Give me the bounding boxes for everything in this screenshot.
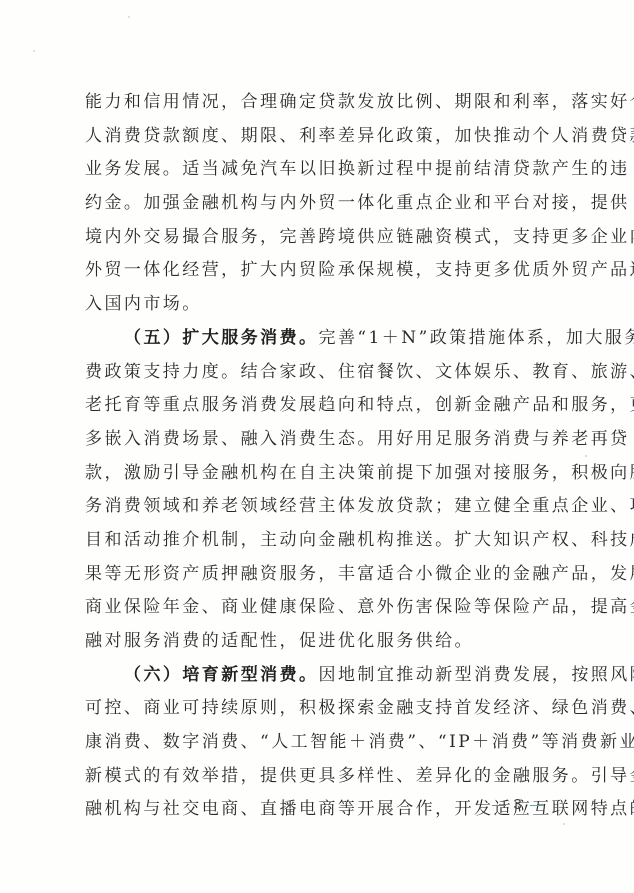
text-line: 款，激励引导金融机构在自主决策前提下加强对接服务，积极向服 <box>85 457 555 491</box>
text-line: 新模式的有效举措，提供更具多样性、差异化的金融服务。引导金 <box>85 760 555 794</box>
text-line: 融对服务消费的适配性，促进优化服务供给。 <box>85 625 555 659</box>
body-text: 能力和信用情况，合理确定贷款发放比例、期限和利率，落实好个 人消费贷款额度、期限… <box>85 86 555 827</box>
text-line: 人消费贷款额度、期限、利率差异化政策，加快推动个人消费贷款 <box>85 120 555 154</box>
dash-right <box>530 805 544 806</box>
section-first-line: （六）培育新型消费。因地制宜推动新型消费发展，按照风险 <box>85 659 555 693</box>
text-line: 务消费领域和养老领域经营主体发放贷款；建立健全重点企业、项 <box>85 490 555 524</box>
text-run: 因地制宜推动新型消费发展，按照风险 <box>319 665 634 685</box>
text-line: 老托育等重点服务消费发展趋向和特点，创新金融产品和服务，更 <box>85 389 555 423</box>
document-page: 能力和信用情况，合理确定贷款发放比例、期限和利率，落实好个 人消费贷款额度、期限… <box>0 0 634 893</box>
page-number-value: 3 <box>513 796 522 813</box>
text-line: 约金。加强金融机构与内外贸一体化重点企业和平台对接，提供 <box>85 187 555 221</box>
text-line: 能力和信用情况，合理确定贷款发放比例、期限和利率，落实好个 <box>85 86 555 120</box>
scan-speck <box>128 16 130 18</box>
text-line: 目和活动推介机制，主动向金融机构推送。扩大知识产权、科技成 <box>85 524 555 558</box>
dash-left <box>492 805 506 806</box>
page-number: 3 <box>478 796 558 813</box>
text-line: 入国内市场。 <box>85 288 555 322</box>
section-heading: （六）培育新型消费。 <box>124 665 319 685</box>
scan-speck <box>563 823 565 825</box>
text-line: 多嵌入消费场景、融入消费生态。用好用足服务消费与养老再贷 <box>85 423 555 457</box>
text-line: 可控、商业可持续原则，积极探索金融支持首发经济、绿色消费、健 <box>85 692 555 726</box>
text-line: 业务发展。适当减免汽车以旧换新过程中提前结清贷款产生的违 <box>85 153 555 187</box>
text-line: 外贸一体化经营，扩大内贸险承保规模，支持更多优质外贸产品进 <box>85 254 555 288</box>
text-line: 费政策支持力度。结合家政、住宿餐饮、文体娱乐、教育、旅游、养 <box>85 356 555 390</box>
text-line: 境内外交易撮合服务，完善跨境供应链融资模式，支持更多企业内 <box>85 221 555 255</box>
scan-speck <box>33 50 35 52</box>
text-line: 康消费、数字消费、“人工智能＋消费”、“IP＋消费”等消费新业态 <box>85 726 555 760</box>
section-heading: （五）扩大服务消费。 <box>124 328 319 348</box>
section-first-line: （五）扩大服务消费。完善“1＋N”政策措施体系，加大服务消 <box>85 322 555 356</box>
scan-speck <box>585 455 587 457</box>
text-run: 完善“1＋N”政策措施体系，加大服务消 <box>319 328 634 348</box>
text-line: 商业保险年金、商业健康保险、意外伤害保险等保险产品，提高金 <box>85 591 555 625</box>
text-line: 果等无形资产质押融资服务，丰富适合小微企业的金融产品，发展 <box>85 558 555 592</box>
